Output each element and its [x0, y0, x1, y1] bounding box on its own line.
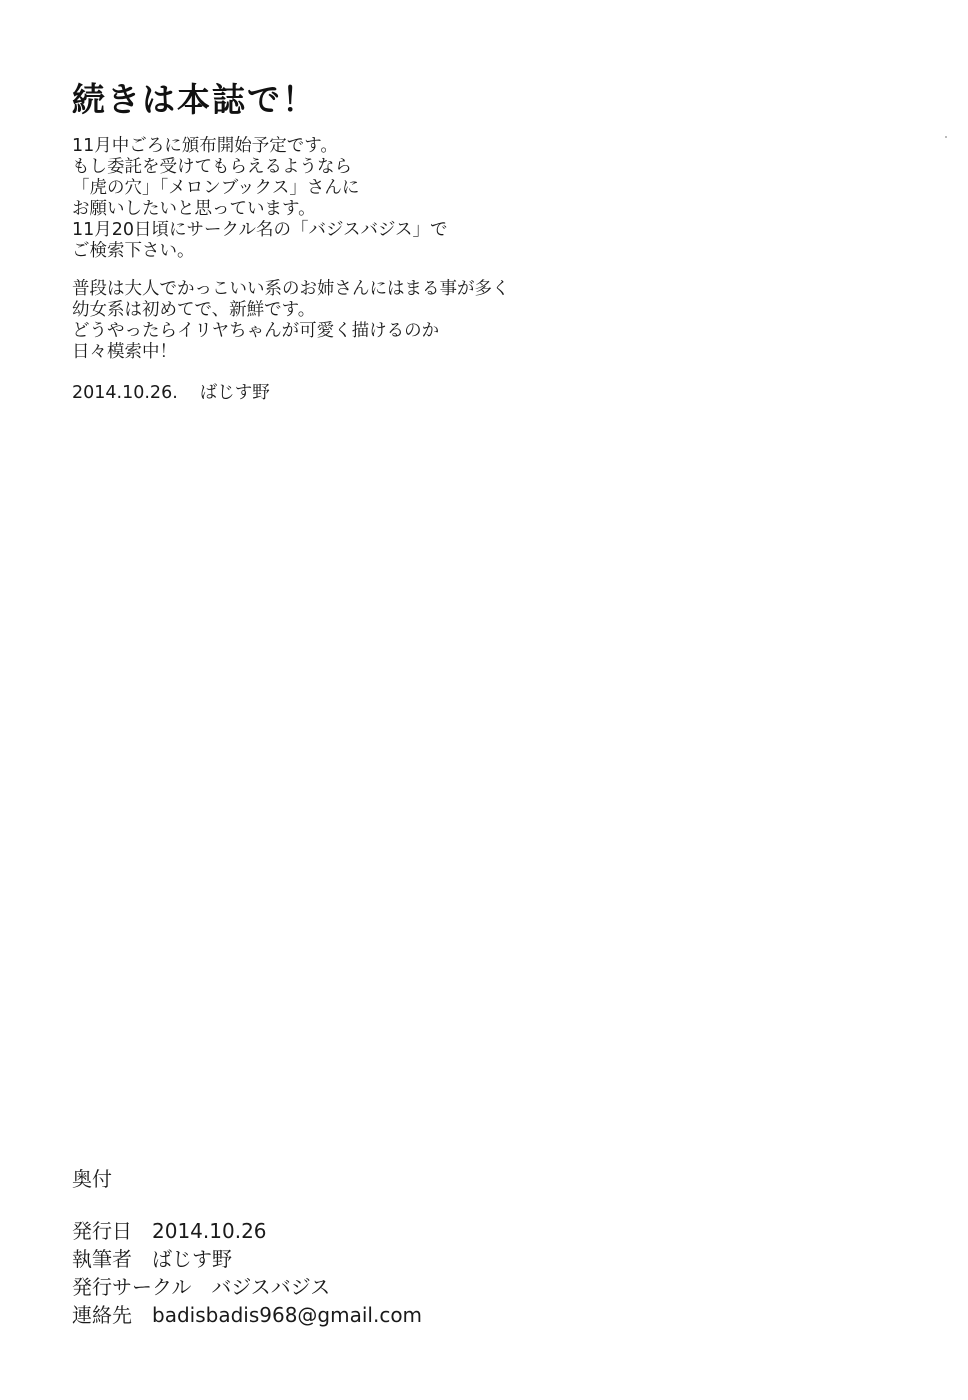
colophon-value: badisbadis968@gmail.com	[152, 1303, 422, 1327]
colophon-label: 執筆者	[72, 1247, 132, 1271]
colophon-value: ばじす野	[152, 1247, 232, 1271]
colophon: 発行日2014.10.26 執筆者ばじす野 発行サークルバジスバジス 連絡先ba…	[72, 1217, 422, 1329]
colophon-row-publish-date: 発行日2014.10.26	[72, 1217, 422, 1245]
colophon-value: 2014.10.26	[152, 1219, 267, 1243]
signature-date: 2014.10.26.	[72, 383, 178, 403]
notice-line: もし委託を受けてもらえるようなら	[72, 157, 447, 178]
notice-line: 11月20日頃にサークル名の「バジスバジス」で	[72, 220, 447, 241]
colophon-value: バジスバジス	[211, 1275, 330, 1299]
signature-author: ばじす野	[200, 383, 270, 403]
signature: 2014.10.26.ばじす野	[72, 383, 270, 404]
comment-line: 幼女系は初めてで、新鮮です。	[72, 300, 510, 321]
colophon-row-circle: 発行サークルバジスバジス	[72, 1273, 422, 1301]
comment-line: 日々模索中！	[72, 342, 510, 363]
colophon-label: 発行日	[72, 1219, 132, 1243]
comment-line: 普段は大人でかっこいい系のお姉さんにはまる事が多く	[72, 279, 510, 300]
notice-line: お願いしたいと思っています。	[72, 199, 447, 220]
comment-line: どうやったらイリヤちゃんが可愛く描けるのか	[72, 321, 510, 342]
scan-speck	[945, 136, 947, 138]
colophon-label: 連絡先	[72, 1303, 132, 1327]
notice-line: 11月中ごろに頒布開始予定です。	[72, 136, 447, 157]
author-comment-paragraph: 普段は大人でかっこいい系のお姉さんにはまる事が多く 幼女系は初めてで、新鮮です。…	[72, 279, 510, 363]
colophon-row-author: 執筆者ばじす野	[72, 1245, 422, 1273]
release-notice-paragraph: 11月中ごろに頒布開始予定です。 もし委託を受けてもらえるようなら 「虎の穴」「…	[72, 136, 447, 262]
colophon-row-contact: 連絡先badisbadis968@gmail.com	[72, 1301, 422, 1329]
book-afterword-page: 続きは本誌で！ 11月中ごろに頒布開始予定です。 もし委託を受けてもらえるような…	[0, 0, 968, 1400]
colophon-title: 奥付	[72, 1166, 112, 1192]
notice-line: ご検索下さい。	[72, 241, 447, 262]
notice-line: 「虎の穴」「メロンブックス」さんに	[72, 178, 447, 199]
colophon-label: 発行サークル	[72, 1275, 191, 1299]
page-heading: 続きは本誌で！	[72, 80, 317, 120]
